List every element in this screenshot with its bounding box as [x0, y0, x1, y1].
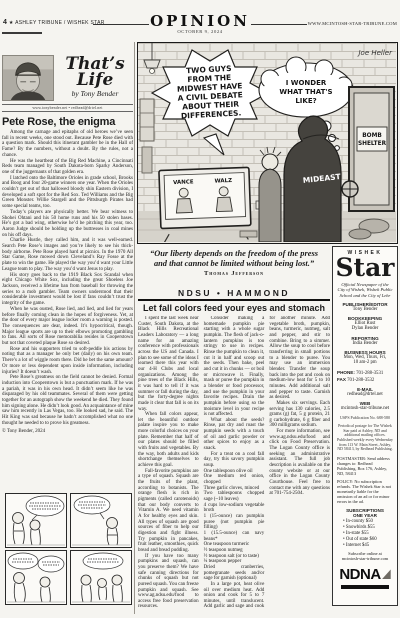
phone-number: 701-288-3531	[356, 371, 383, 376]
article-paragraph: Two tablespoons chopped sage (~10 leaves…	[204, 491, 265, 502]
article-paragraph: Charlie Hustle, they called him, and it …	[2, 238, 133, 272]
star-icon: ★	[9, 20, 14, 26]
shelf-clutter	[140, 99, 154, 173]
editorial-cartoon-drawing: TWO GUYS FROM THE MIDWEST HAVE A CIVIL D…	[138, 43, 396, 242]
article-paragraph: 1 (15.5-ounce) can navy beans*	[204, 531, 265, 542]
column-byline: by Tony Bender	[57, 89, 133, 98]
staff-role: PUBLISHER/EDITOR Tony Bender	[335, 302, 395, 313]
bomb-shelter-door: BOMB SHELTER	[342, 87, 394, 211]
masthead-left: 4 ★ ASHLEY TRIBUNE / WISHEK STAR	[3, 19, 105, 26]
ndsu-article-body: I spent the last week near Custer, South…	[138, 316, 330, 614]
subscriptions-title: SUBSCRIPTIONS ONE YEAR	[335, 508, 395, 518]
section-title: OPINION	[140, 12, 260, 30]
staff-role: REPORTING India Bender	[335, 336, 395, 347]
thought-line: LIKE?	[295, 97, 316, 105]
official-newspaper-note: Official Newspaper of the City of Wishek…	[337, 282, 393, 298]
tv-label-walz: WALZ	[214, 178, 232, 185]
header-accent-rule	[2, 32, 42, 34]
quote-attribution: Thomas Jefferson	[139, 270, 329, 277]
editorial-cartoon: TWO GUYS FROM THE MIDWEST HAVE A CIVIL D…	[137, 42, 398, 244]
article-paragraph: If you have too many pumpkins and squash…	[138, 554, 199, 611]
article-paragraph: Pete Rose’s greatness on the field canno…	[2, 375, 133, 426]
article-paragraph: Fall-favorite pumpkins are a type of squ…	[138, 469, 199, 554]
article-paragraph: When fall colors appear, let the beautif…	[138, 412, 199, 469]
postmaster-note: POSTMASTER: Send address changes to: Red…	[337, 456, 393, 476]
article-paragraph: One medium red onion, chopped	[204, 474, 265, 485]
column-title: That’s Life by Tony Bender	[57, 55, 133, 101]
staff-role-names: Elliot Rust Dylan Bender	[335, 321, 395, 332]
staff-role-names: India Bender	[335, 341, 395, 347]
comic-panel-3	[6, 551, 67, 605]
ndsu-kicker: NDSU • HAMMOND	[138, 288, 330, 298]
issue-date: OCTOBER 9, 2024	[140, 29, 260, 34]
masthead-logo: Star	[335, 256, 395, 279]
pete-rose-headline: Pete Rose, the enigma	[2, 116, 133, 128]
article-paragraph: What about the seeds? Rinse, pat dry and…	[204, 418, 265, 452]
article-paragraph: Dried cranberries, pomegranate seeds and…	[204, 565, 265, 582]
masthead-box: WISHEK Star Official Newspaper of the Ci…	[332, 246, 398, 606]
quote-line2: and that cannot be limited without being…	[139, 259, 329, 269]
ndna-logo: NDNA	[335, 566, 395, 589]
ndsu-headline: Let fall colors feed your eyes and stoma…	[138, 303, 330, 313]
staff-role-label: PUBLISHER/EDITOR	[335, 302, 395, 307]
article-paragraph: Today’s players are physically better. W…	[2, 210, 133, 239]
comic-panel-2	[71, 494, 132, 548]
article-paragraph: Rose and his supporters tried to soft-pe…	[2, 347, 133, 376]
pull-quote: “Our liberty depends on the freedom of t…	[139, 249, 329, 277]
child-figure	[259, 147, 281, 242]
thought-line: I WONDER	[286, 79, 327, 87]
article-paragraph: I latched onto the Baltimore Orioles in …	[2, 176, 133, 210]
ndsu-rule	[138, 299, 330, 301]
staff-roles: PUBLISHER/EDITOR Tony Bender BOOKKEEPING…	[335, 302, 395, 346]
article-paragraph: Among the carnage and epitaphs of old he…	[2, 130, 133, 159]
article-paragraph: Makes six servings. Each serving has 130…	[269, 401, 330, 429]
subscribe-online-note: Subscribe online at mcintosh-star-tribun…	[335, 551, 395, 561]
ndna-eagle-icon	[382, 569, 391, 579]
comic-panel-1	[6, 494, 67, 548]
phone-label: PHONE:	[337, 370, 355, 375]
author-contact: www.tonybender.net • redhead@drtel.net	[2, 104, 133, 112]
tony-bender-photo	[2, 55, 54, 101]
copyright-line: © Tony Bender, 2024	[2, 429, 133, 434]
ndna-text: NDNA	[339, 566, 380, 583]
quote-line1: “Our liberty depends on the freedom of t…	[139, 249, 329, 259]
article-paragraph: When he was ousted, Rose lied, and lied,…	[2, 307, 133, 347]
article-paragraph: I spent the last week near Custer, South…	[138, 316, 199, 412]
article-paragraph: 1 (15-ounce) can pumpkin puree (not pump…	[204, 514, 265, 531]
cartoonist-signature: Joe Heller	[356, 49, 393, 57]
masthead-website: WWW.MCINTOSH-STAR-TRIBUNE.COM	[308, 21, 397, 26]
article-paragraph: 4 cups low-sodium vegetable broth	[204, 503, 265, 514]
publication-name: ASHLEY TRIBUNE / WISHEK STAR	[15, 20, 105, 26]
web-value: mcintosh-star-tribune.net	[335, 406, 395, 412]
article-paragraph: Consider making a homemade pumpkin pie s…	[204, 316, 265, 418]
thought-line: WHAT THAT'S	[279, 88, 332, 96]
article-paragraph: For a treat on a cool fall day, try this…	[204, 452, 265, 469]
column-divider	[134, 42, 135, 614]
article-paragraph: For more information, see www.ag.ndsu.ed…	[269, 429, 330, 497]
header-rule-right	[251, 24, 307, 25]
staff-role-names: Tony Bender	[335, 307, 395, 313]
subscription-rate: • Internet $45	[343, 543, 395, 549]
phone-line: PHONE: 701-288-3531	[337, 370, 393, 377]
page-number: 4	[3, 19, 7, 26]
article-paragraph: He was the heartbeat of the Big Red Mach…	[2, 159, 133, 176]
usps-number: USPS Publication No. 688-580	[335, 415, 395, 420]
phone-block: PHONE: 701-288-3531FAX 701-288-3532	[337, 370, 393, 384]
staff-role: BOOKKEEPING Elliot Rust Dylan Bender	[335, 316, 395, 332]
business-hours: Mon, Wed, Thurs, Fri, 10 am-2 pm	[335, 355, 395, 366]
tv-label-vance: VANCE	[173, 179, 194, 186]
door-sign-line1: BOMB	[362, 133, 382, 139]
column-header: That’s Life by Tony Bender	[2, 55, 133, 101]
newspaper-page: { "header": { "page_number": "4", "star"…	[0, 0, 400, 618]
postage-fine-print: Periodical postage for The Wishek Star p…	[337, 424, 393, 452]
subscription-rates: • In-county $50• Snowbirds $55• In-state…	[343, 519, 395, 549]
phone-number: 701-288-3532	[347, 378, 374, 383]
pete-rose-article-body: Among the carnage and epitaphs of old he…	[2, 130, 133, 427]
policy-note: POLICY: No subscription refunds. The Wis…	[337, 479, 393, 504]
comic-panel-4	[71, 551, 132, 605]
column-title-line2: Life	[57, 72, 133, 88]
door-sign-line2: SHELTER	[358, 141, 387, 147]
email-value: redhead@drtel.net	[335, 392, 395, 398]
phone-label: FAX	[337, 377, 346, 382]
article-paragraph: His story goes back to the 1919 Black So…	[2, 273, 133, 307]
ndna-banner	[341, 585, 389, 589]
thats-life-column: That’s Life by Tony Bender www.tonybende…	[2, 55, 133, 434]
phone-line: FAX 701-288-3532	[337, 377, 393, 384]
comic-strip	[5, 493, 132, 607]
